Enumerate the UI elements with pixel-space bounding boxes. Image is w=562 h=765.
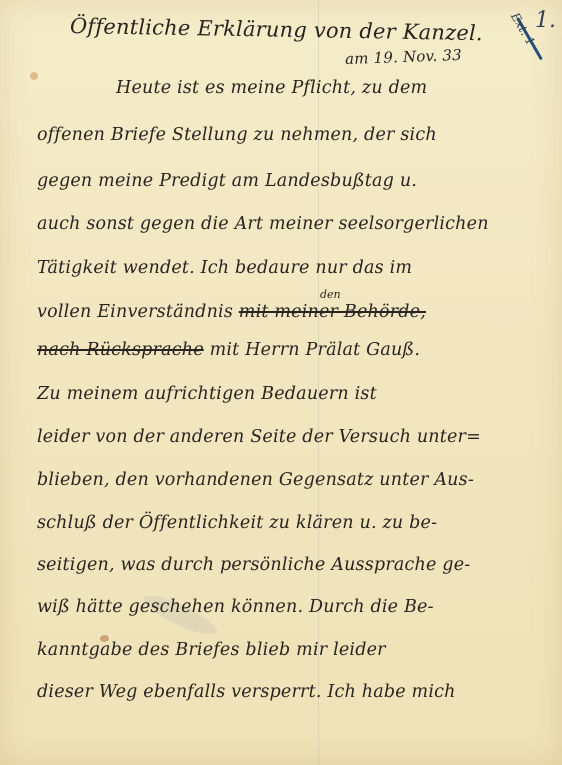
page-number: 1. xyxy=(535,8,556,33)
struck-text: mit meiner Behörde, xyxy=(239,302,426,322)
text-line: Zu meinem aufrichtigen Bedauern ist xyxy=(37,384,377,404)
text-line: nach Rücksprache mit Herrn Prälat Gauß. xyxy=(37,340,420,360)
inserted-word: den xyxy=(320,288,341,301)
line-text: vollen Einverständnis xyxy=(37,302,233,322)
text-line: gegen meine Predigt am Landesbußtag u. xyxy=(37,171,417,191)
text-line: dieser Weg ebenfalls versperrt. Ich habe… xyxy=(37,682,456,702)
struck-text: nach Rücksprache xyxy=(37,340,204,360)
text-line: auch sonst gegen die Art meiner seelsorg… xyxy=(37,214,489,234)
document-page: Öffentliche Erklärung von der Kanzel. am… xyxy=(0,0,562,765)
text-line: blieben, den vorhandenen Gegensatz unter… xyxy=(37,470,474,490)
text-line: kanntgabe des Briefes blieb mir leider xyxy=(37,640,386,660)
text-line: leider von der anderen Seite der Versuch… xyxy=(37,427,481,447)
line-text: mit Herrn Prälat Gauß. xyxy=(204,340,420,360)
text-line: schluß der Öffentlichkeit zu klären u. z… xyxy=(37,513,437,533)
text-line: Tätigkeit wendet. Ich bedaure nur das im xyxy=(37,258,412,278)
marginal-note: Ext. 1 xyxy=(508,10,538,48)
document-title: Öffentliche Erklärung von der Kanzel. xyxy=(70,14,483,45)
text-line: offenen Briefe Stellung zu nehmen, der s… xyxy=(37,125,437,145)
text-line: vollen Einverständnis mit meiner Behörde… xyxy=(37,302,426,322)
text-line: seitigen, was durch persönliche Aussprac… xyxy=(37,555,470,575)
text-line: wiß hätte geschehen können. Durch die Be… xyxy=(37,597,434,617)
paper-stain xyxy=(30,72,38,80)
document-date: am 19. Nov. 33 xyxy=(345,46,462,68)
text-line: Heute ist es meine Pflicht, zu dem xyxy=(116,78,427,98)
